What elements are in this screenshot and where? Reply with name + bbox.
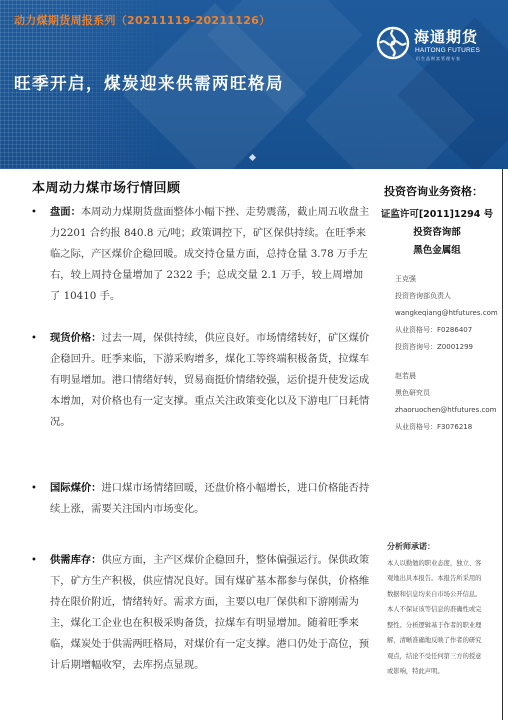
analyst-consulting-number: 投资咨询号：Z0001299: [395, 339, 498, 356]
license-number: 证监许可[2011]1294 号: [372, 206, 502, 220]
promise-text: 本人以勤勉的职业态度，独立、客观地出具本报告。本报告所采用的数据和信息均来自市场…: [387, 560, 481, 676]
analyst-title: 投资咨询部负责人: [395, 288, 498, 305]
department: 投资咨询部: [372, 224, 502, 238]
bullet-spot-price: • 现货价格：过去一周，保供持续，供应良好。市场情绪转好，矿区煤价企稳回升。旺季…: [30, 328, 370, 433]
bullet-icon: •: [31, 550, 37, 571]
bullet-text: 本周动力煤期货盘面整体小幅下挫、走势震荡，截止周五收盘主力2201 合约报 84…: [50, 206, 369, 302]
report-headline: 旺季开启，煤炭迎来供需两旺格局: [14, 70, 284, 94]
analyst-card: 王克强 投资咨询部负责人 wangkeqiang@htfutures.com 从…: [395, 271, 498, 356]
logo-tagline: 衍生品财富管理专家: [416, 56, 461, 62]
bullet-icon: •: [31, 328, 37, 349]
promise-heading: 分析师承诺：: [387, 539, 487, 555]
bullet-international-price: • 国际煤价：进口煤市场情绪回暖，还盘价格小幅增长，进口价格能否持续上涨，需要关…: [30, 478, 370, 520]
sidebar-analyst-info: 投资咨询业务资格： 证监许可[2011]1294 号 投资咨询部 黑色金属组 王…: [372, 169, 503, 720]
haitong-logo-icon: [376, 26, 410, 60]
bullet-supply-demand-inventory: • 供需库存：供应方面，主产区煤价企稳回升，整体偏强运行。保供政策下，矿方生产积…: [30, 550, 370, 676]
analyst-name: 赵若晨: [395, 368, 496, 385]
bullet-icon: •: [31, 478, 37, 499]
analyst-email[interactable]: zhaoruochen@htfutures.com: [395, 402, 496, 419]
bullet-futures-market: • 盘面：本周动力煤期货盘面整体小幅下挫、走势震荡，截止周五收盘主力2201 合…: [30, 202, 370, 307]
logo-name-cn: 海通期货: [414, 26, 478, 47]
bullet-text: 供应方面，主产区煤价企稳回升，整体偏强运行。保供政策下，矿方生产积极，供应情况良…: [50, 554, 369, 671]
analyst-title: 黑色研究员: [395, 385, 496, 402]
haitong-logo: 海通期货 HAITONG FUTURES 衍生品财富管理专家: [376, 24, 494, 64]
analyst-name: 王克强: [395, 271, 498, 288]
bullet-label: 供需库存：: [50, 554, 101, 566]
bullet-label: 盘面：: [50, 206, 81, 218]
section-title: 本周动力煤市场行情回顾: [32, 177, 181, 196]
group: 黑色金属组: [372, 242, 502, 256]
qualification-heading: 投资咨询业务资格：: [384, 183, 483, 199]
bullet-label: 国际煤价：: [50, 482, 101, 494]
diamond-dot-decoration: [249, 154, 256, 161]
analyst-promise: 分析师承诺： 本人以勤勉的职业态度，独立、客观地出具本报告。本报告所采用的数据和…: [387, 539, 487, 680]
analyst-email[interactable]: wangkeqiang@htfutures.com: [395, 305, 498, 322]
analyst-qualification: 从业资格号：F0286407: [395, 322, 498, 339]
report-banner: 动力煤期货周报系列（20211119-20211126） 旺季开启，煤炭迎来供需…: [0, 0, 508, 169]
bullet-label: 现货价格：: [50, 332, 101, 344]
analyst-qualification: 从业资格号：F3076218: [395, 419, 496, 436]
logo-name-en: HAITONG FUTURES: [415, 47, 480, 54]
series-label: 动力煤期货周报系列（20211119-20211126）: [14, 12, 270, 28]
analyst-card: 赵若晨 黑色研究员 zhaoruochen@htfutures.com 从业资格…: [395, 368, 496, 436]
bullet-text: 过去一周，保供持续，供应良好。市场情绪转好，矿区煤价企稳回升。旺季来临，下游采购…: [50, 332, 369, 428]
bullet-icon: •: [31, 202, 37, 223]
